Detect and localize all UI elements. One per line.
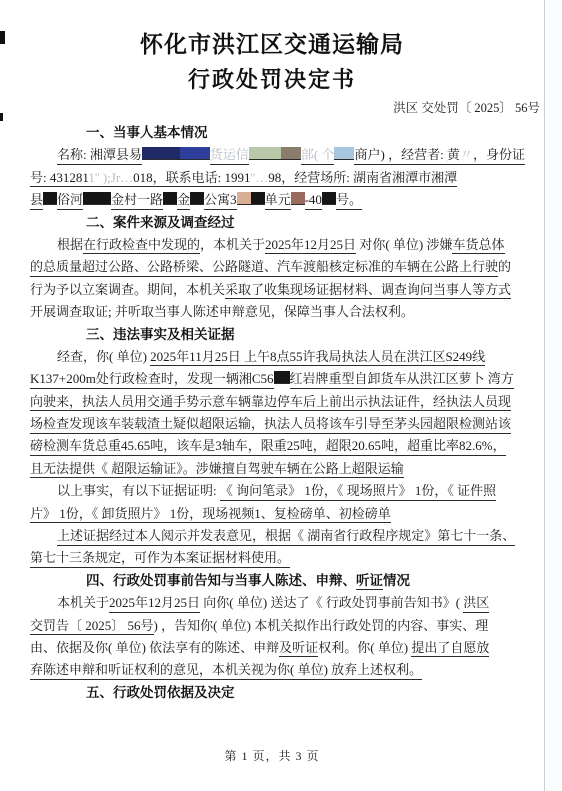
text-segment: 公寓3 xyxy=(204,192,237,210)
text-segment: 经查，你( 单位) xyxy=(57,349,150,364)
text-segment: 采取了收集现场证据材料、调查询问当事人等方式 xyxy=(225,282,511,300)
text-segment: 的总质量超过公路、公路桥梁、公路隧道、汽车渡船核定标准的车辆在公路上行驶 xyxy=(30,259,498,277)
section-heading: 三、违法事实及相关证据 xyxy=(30,324,538,346)
redaction-block xyxy=(142,147,180,160)
text-segment: 018，联系电话: 1991 xyxy=(133,170,250,188)
text-line: 向驶来，执法人员用交通手势示意车辆靠边停车后上前出示执法证件，经执法人员现 xyxy=(30,391,538,413)
text-line: 名称: 湘潭县易货运信部( 个商户) ，经营者: 黄〃，身份证 xyxy=(30,144,538,166)
text-segment: 磅检测车货总重45.65吨，该车是3轴车，限重25吨，超限20.65吨，超重比率… xyxy=(30,438,506,456)
text-line: 的总质量超过公路、公路桥梁、公路隧道、汽车渡船核定标准的车辆在公路上行驶的 xyxy=(30,256,538,278)
text-line: 磅检测车货总重45.65吨，该车是3轴车，限重25吨，超限20.65吨，超重比率… xyxy=(30,435,538,457)
text-segment: 听证 xyxy=(356,573,383,591)
text-segment: 1'' );Jr… xyxy=(89,170,134,188)
text-segment: 洪区 xyxy=(463,595,489,613)
text-segment: 单元 xyxy=(265,192,291,210)
scanned-page-edge xyxy=(544,0,562,791)
text-line: 县俗河金村一路金公寓3单元-40号。 xyxy=(30,189,538,211)
text-segment: ''… xyxy=(251,170,269,188)
text-segment: 行为予以立案调查。期间，本机关 xyxy=(30,282,225,297)
text-segment: 对你( 单位) 涉嫌 xyxy=(356,237,452,252)
redaction-block xyxy=(180,147,210,160)
text-segment: 且无法提供《 超限运输证》。涉嫌擅自驾驶车辆在公路上超限运输 xyxy=(30,461,404,479)
text-segment: -40 xyxy=(305,192,322,210)
redaction-block xyxy=(274,371,290,384)
text-segment: 货运信 xyxy=(210,147,249,165)
text-line: 经查，你( 单位) 2025年11月25日 上午8点55许我局执法人员在洪江区S… xyxy=(30,346,538,368)
text-segment: 向你( 单位) 送达了《 行政处罚事前告知书》( xyxy=(200,595,463,610)
text-segment: 情况 xyxy=(383,573,410,588)
text-line: 弃陈述申辩和听证权利的意见，本机关视为你( 单位) 放弃上述权利。 xyxy=(30,659,538,681)
text-line: 场检查发现该车装载渣土疑似超限运输，执法人员将该车引导至茅头园超限检测站该 xyxy=(30,413,538,435)
text-line: 由、依据及你( 单位) 依法享有的陈述、申辩及听证权利。你( 单位) 提出了自愿… xyxy=(30,637,538,659)
text-line: 根据在行政检查中发现的，本机关于2025年12月25日 对你( 单位) 涉嫌车货… xyxy=(30,234,538,256)
text-segment: 2025年11月25日 上午8点55许我局执法人员在洪江区S249线 xyxy=(150,349,485,367)
text-segment: 以上事实，有以下证据证明: xyxy=(57,483,220,498)
redaction-block xyxy=(334,147,354,160)
text-line: 本机关于2025年12月25日 向你( 单位) 送达了《 行政处罚事前告知书》(… xyxy=(30,592,538,614)
text-segment: 号。 xyxy=(336,192,362,210)
text-segment: 〃 xyxy=(460,147,473,165)
text-line: K137+200m处行政检查时，发现一辆湘C56红岩牌重型自卸货车从洪江区萝卜 … xyxy=(30,368,538,390)
redaction-block xyxy=(83,192,97,205)
text-segment: ，身份证 xyxy=(473,147,525,165)
redaction-block xyxy=(281,147,301,160)
text-line: 开展调查取证; 并听取当事人陈述申辩意见，保障当事人合法权利。 xyxy=(30,301,538,323)
text-segment: 的 xyxy=(498,259,511,274)
redaction-block xyxy=(322,192,336,205)
text-segment: 三、违法事实及相关证据 xyxy=(86,327,235,342)
penalty-decision-document: 怀化市洪江区交通运输局 行政处罚决定书 洪区 交处罚〔 2025〕 56号 一、… xyxy=(0,0,562,791)
text-line: 片》 1份，《 卸货照片》 1份，现场视频1、复检磅单、初检磅单 xyxy=(30,503,538,525)
text-segment: 2025年12月25日 xyxy=(109,595,200,613)
text-segment: 根据 xyxy=(57,237,83,252)
text-line: 上述证据经过本人阅示并发表意见，根据《 湖南省行政程序规定》第七十一条、 xyxy=(30,525,538,547)
redaction-block xyxy=(97,192,111,205)
text-segment: 在行政检查中发现的 xyxy=(83,237,200,255)
text-segment: 交罚告〔 2025〕 56号 xyxy=(30,618,154,636)
text-segment: 提出了自愿放 xyxy=(411,640,489,658)
text-segment: ) ，告知你( 单位) 本机关拟作出行政处罚的内容、事实、理 xyxy=(154,618,489,633)
text-segment: 本机关于 xyxy=(57,595,109,610)
text-segment: 《 询问笔录》 1份，《 现场照片》 1份，《 证件照 xyxy=(220,483,496,501)
redaction-block xyxy=(291,192,305,205)
text-segment: 号: 431281 xyxy=(30,170,89,188)
text-segment: 一、当事人基本情况 xyxy=(86,125,208,140)
text-segment: 部( 个 xyxy=(301,147,335,165)
section-heading: 二、案件来源及调查经过 xyxy=(30,212,538,234)
document-number: 洪区 交处罚〔 2025〕 56号 xyxy=(0,98,540,116)
text-line: 交罚告〔 2025〕 56号) ，告知你( 单位) 本机关拟作出行政处罚的内容、… xyxy=(30,615,538,637)
text-segment: 及听证 xyxy=(279,640,318,658)
redaction-block xyxy=(251,192,265,205)
text-segment: 片》 1份，《 卸货照片》 1份，现场视频1、复检磅单、初检磅单 xyxy=(30,506,391,524)
text-segment: 由、依据及你( 单位) 依法享有的陈述、申辩 xyxy=(30,640,279,655)
section-heading: 一、当事人基本情况 xyxy=(30,122,538,144)
text-segment: 二、案件来源及调查经过 xyxy=(86,215,235,230)
page-footer: 第 1 页，共 3 页 xyxy=(0,747,544,764)
section-heading: 四、行政处罚事前告知与当事人陈述、申辩、听证情况 xyxy=(30,570,538,592)
text-segment: 金 xyxy=(177,192,190,210)
text-line: 第七十三条规定，可作为本案证据材料使用。 xyxy=(30,547,538,569)
document-type-title: 行政处罚决定书 xyxy=(0,63,544,94)
section-heading: 五、行政处罚依据及决定 xyxy=(30,682,538,704)
text-segment: 金村一路 xyxy=(111,192,163,210)
text-segment: 俗河 xyxy=(57,192,83,210)
redaction-block xyxy=(249,147,281,160)
text-segment: ，本机关于 xyxy=(200,237,265,252)
text-segment: 开展调查取证; 并听取当事人陈述申辩意见，保障当事人合法权利。 xyxy=(30,304,414,319)
redaction-block xyxy=(163,192,177,205)
text-segment: K137+200m处行政检查时，发现一辆湘C56 xyxy=(30,371,274,389)
text-segment: 2025年12月25日 xyxy=(265,237,356,255)
text-segment: 上述证据经过本人阅示并发表意见，根据《 湖南省行政程序规定》第七十一条、 xyxy=(57,528,515,546)
redaction-block xyxy=(237,192,251,205)
redaction-block xyxy=(43,192,57,205)
text-line: 以上事实，有以下证据证明: 《 询问笔录》 1份，《 现场照片》 1份，《 证件… xyxy=(30,480,538,502)
text-segment: 向驶来，执法人员用交通手势示意车辆靠边停车后上前出示执法证件，经执法人员现 xyxy=(30,394,511,412)
text-segment: 五、行政处罚依据及决定 xyxy=(86,685,235,700)
text-segment: 县 xyxy=(30,192,43,210)
agency-title: 怀化市洪江区交通运输局 xyxy=(0,26,544,59)
text-segment: 弃陈述申辩和听证权利的意见，本机关视为你( 单位) 放弃上述权利。 xyxy=(30,662,422,680)
text-line: 且无法提供《 超限运输证》。涉嫌擅自驾驶车辆在公路上超限运输 xyxy=(30,458,538,480)
redaction-block xyxy=(190,192,204,205)
text-segment: 红岩牌重型自卸货车从洪江区萝卜 湾方 xyxy=(290,371,514,389)
document-body: 一、当事人基本情况名称: 湘潭县易货运信部( 个商户) ，经营者: 黄〃，身份证… xyxy=(30,122,538,704)
text-segment: 四、行政处罚事前告知与当事人陈述、申辩、 xyxy=(86,573,356,588)
text-segment: 第七十三条规定，可作为本案证据材料使用。 xyxy=(30,550,290,568)
text-segment: 场检查发现该车装载渣土疑似超限运输，执法人员将该车引导至茅头园超限检测站该 xyxy=(30,416,511,434)
text-segment: 名称: 湘潭县易 xyxy=(57,147,142,165)
text-line: 号: 4312811'' );Jr…018，联系电话: 1991''…98，经营… xyxy=(30,167,538,189)
text-segment: 权利。你( 单位) xyxy=(318,640,411,655)
text-line: 行为予以立案调查。期间，本机关采取了收集现场证据材料、调查询问当事人等方式 xyxy=(30,279,538,301)
text-segment: 商户) ，经营者: 黄 xyxy=(354,147,459,165)
text-segment: 98，经营场所: 湖南省湘潭市湘潭 xyxy=(268,170,457,188)
text-segment: 车货总体 xyxy=(452,237,504,255)
